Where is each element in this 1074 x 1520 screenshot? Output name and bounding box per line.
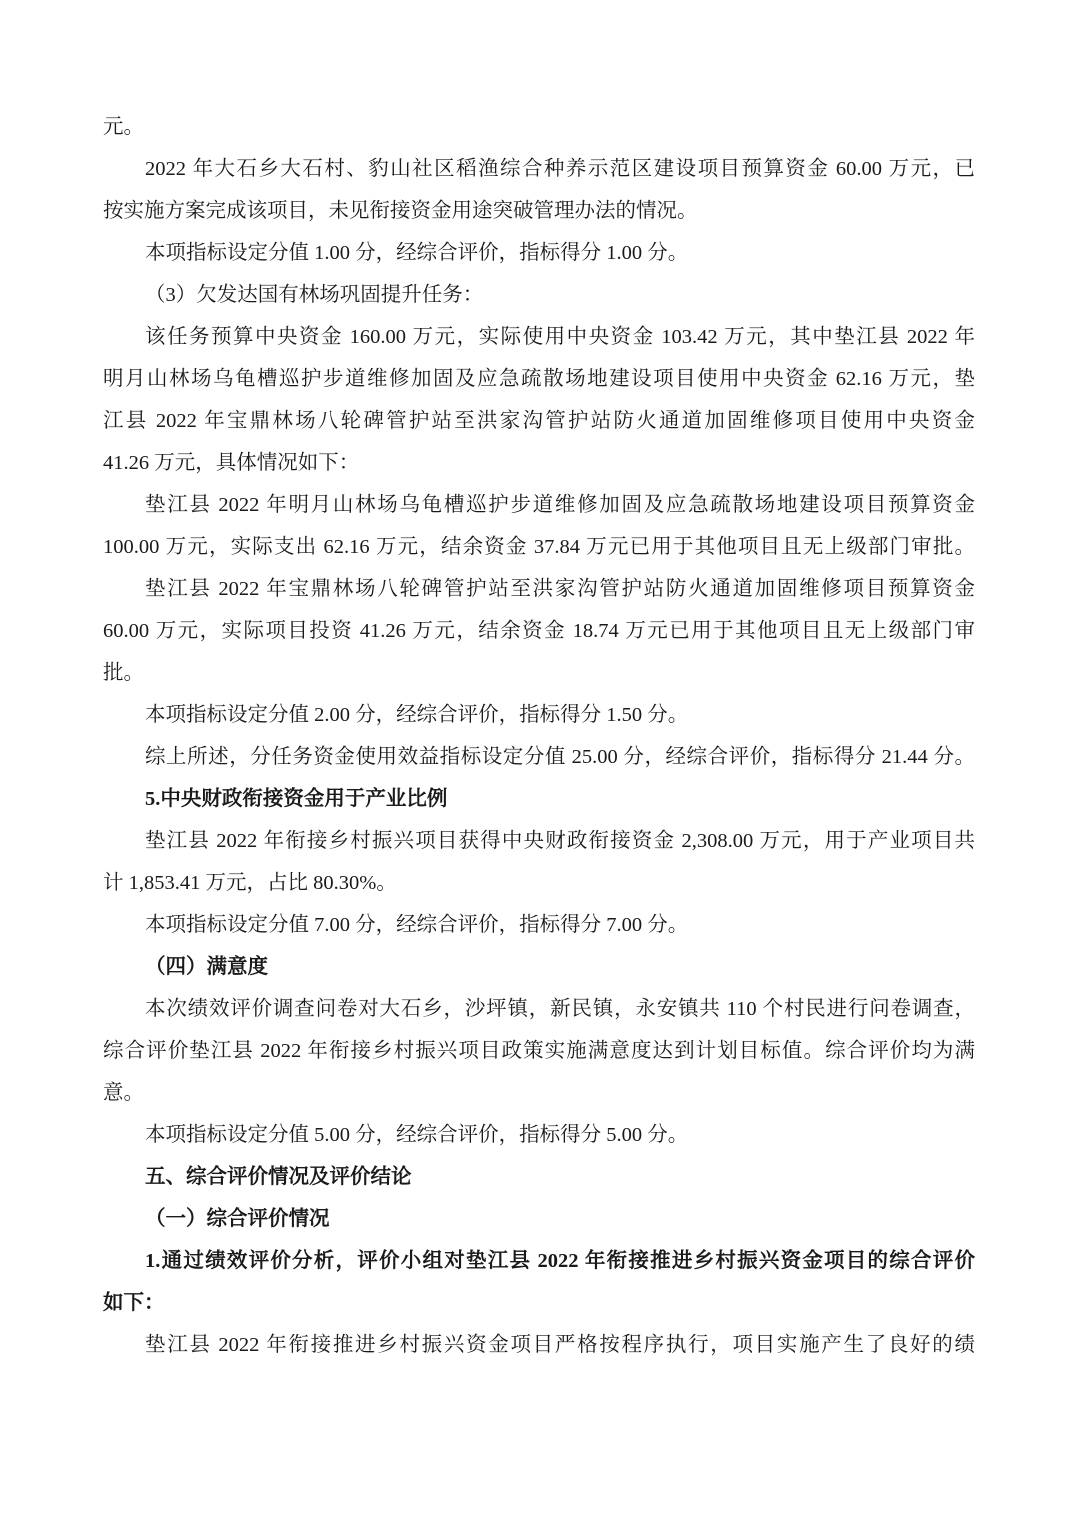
score-line: 本项指标设定分值 1.00 分，经综合评价，指标得分 1.00 分。 [103, 232, 975, 274]
paragraph-line: 意。 [103, 1072, 975, 1114]
paragraph-line: 41.26 万元，具体情况如下： [103, 442, 975, 484]
paragraph-line: 2022 年大石乡大石村、豹山社区稻渔综合种养示范区建设项目预算资金 60.00… [103, 148, 975, 190]
paragraph-line: 批。 [103, 652, 975, 694]
document-page: 元。 2022 年大石乡大石村、豹山社区稻渔综合种养示范区建设项目预算资金 60… [103, 106, 975, 1366]
paragraph-line: 100.00 万元，实际支出 62.16 万元，结余资金 37.84 万元已用于… [103, 526, 975, 568]
paragraph-line: 计 1,853.41 万元，占比 80.30%。 [103, 862, 975, 904]
paragraph-line: 该任务预算中央资金 160.00 万元，实际使用中央资金 103.42 万元，其… [103, 316, 975, 358]
paragraph-line: 垫江县 2022 年衔接推进乡村振兴资金项目严格按程序执行，项目实施产生了良好的… [103, 1324, 975, 1366]
paragraph-line: 江县 2022 年宝鼎林场八轮碑管护站至洪家沟管护站防火通道加固维修项目使用中央… [103, 400, 975, 442]
paragraph-line: 垫江县 2022 年明月山林场乌龟槽巡护步道维修加固及应急疏散场地建设项目预算资… [103, 484, 975, 526]
summary-line: 综上所述，分任务资金使用效益指标设定分值 25.00 分，经综合评价，指标得分 … [103, 736, 975, 778]
paragraph-line: 本次绩效评价调查问卷对大石乡，沙坪镇，新民镇，永安镇共 110 个村民进行问卷调… [103, 988, 975, 1030]
section-heading: 5.中央财政衔接资金用于产业比例 [103, 778, 975, 820]
section-heading: （四）满意度 [103, 946, 975, 988]
paragraph-line: 按实施方案完成该项目，未见衔接资金用途突破管理办法的情况。 [103, 190, 975, 232]
chapter-heading: 五、综合评价情况及评价结论 [103, 1156, 975, 1198]
paragraph-line: 60.00 万元，实际项目投资 41.26 万元，结余资金 18.74 万元已用… [103, 610, 975, 652]
paragraph-line: 垫江县 2022 年宝鼎林场八轮碑管护站至洪家沟管护站防火通道加固维修项目预算资… [103, 568, 975, 610]
bold-paragraph-line: 1.通过绩效评价分析，评价小组对垫江县 2022 年衔接推进乡村振兴资金项目的综… [103, 1240, 975, 1282]
score-line: 本项指标设定分值 5.00 分，经综合评价，指标得分 5.00 分。 [103, 1114, 975, 1156]
paragraph-line: 元。 [103, 106, 975, 148]
bold-paragraph-line: 如下： [103, 1282, 975, 1324]
subsection-heading: （3）欠发达国有林场巩固提升任务： [103, 274, 975, 316]
score-line: 本项指标设定分值 7.00 分，经综合评价，指标得分 7.00 分。 [103, 904, 975, 946]
paragraph-line: 明月山林场乌龟槽巡护步道维修加固及应急疏散场地建设项目使用中央资金 62.16 … [103, 358, 975, 400]
score-line: 本项指标设定分值 2.00 分，经综合评价，指标得分 1.50 分。 [103, 694, 975, 736]
paragraph-line: 垫江县 2022 年衔接乡村振兴项目获得中央财政衔接资金 2,308.00 万元… [103, 820, 975, 862]
section-heading: （一）综合评价情况 [103, 1198, 975, 1240]
paragraph-line: 综合评价垫江县 2022 年衔接乡村振兴项目政策实施满意度达到计划目标值。综合评… [103, 1030, 975, 1072]
